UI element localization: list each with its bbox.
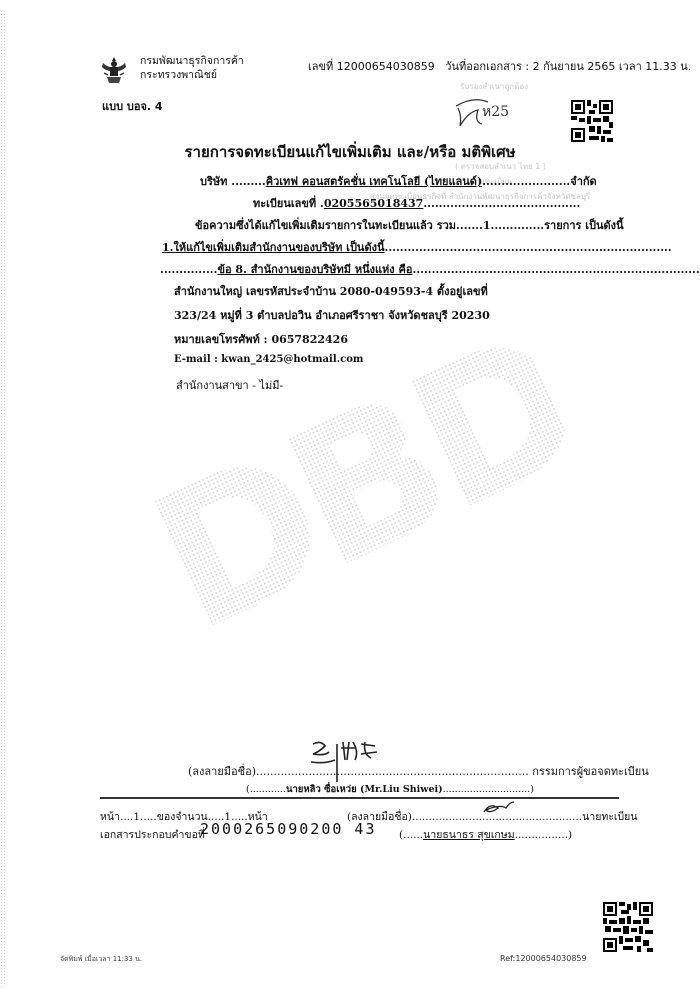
director-sign-line: (ลงลายมือชื่อ)..........................… (188, 762, 649, 780)
company-line: บริษัท .........คิวเทฟ คอนสตรัคชั่น เทคโ… (200, 172, 597, 190)
email-line: E-mail : kwan_2425@hotmail.com (174, 354, 363, 365)
email-label: E-mail : (174, 354, 218, 365)
email-value: kwan_2425@hotmail.com (221, 354, 363, 365)
company-label: บริษัท (200, 175, 227, 188)
director-sign-label: (ลงลายมือชื่อ) (188, 765, 256, 778)
director-name: นายหลิว ซื่อเหว่ย (Mr.Liu Shiwei) (286, 784, 443, 795)
amendment-item-1-text: 1.ให้แก้ไขเพิ่มเติมสำนักงานของบริษัท เป็… (162, 241, 384, 254)
company-suffix: จำกัด (570, 175, 596, 188)
qr-code-top-icon (569, 100, 615, 142)
registrar-sign-line: (ลงลายมือชื่อ)..........................… (347, 808, 638, 825)
time-value: 11.33 น. (645, 60, 691, 73)
office-address: 323/24 หมู่ที่ 3 ตำบลบ่อวิน อำเภอศรีราชา… (174, 306, 490, 324)
registration-label: ทะเบียนเลขที่ (253, 197, 316, 210)
phone-label: หมายเลขโทรศัพท์ : (174, 333, 268, 346)
reference-number: Ref:12000654030859 (500, 954, 587, 963)
branch-office: สำนักงานสาขา - ไม่มี- (176, 376, 283, 394)
form-code: แบบ บอจ. 4 (102, 97, 163, 115)
registrar-name-line: (......นายธนาธร สุขเกษม................) (399, 826, 572, 843)
company-name: คิวเทฟ คอนสตรัคชั่น เทคโนโลยี (ไทยแลนด์) (266, 175, 482, 188)
issue-date: 2 กันยายน 2565 (533, 60, 616, 73)
registrar-name: นายธนาธร สุขเกษม (423, 829, 514, 841)
department-name: กรมพัฒนาธุรกิจการค้า กระทรวงพาณิชย์ (140, 54, 244, 82)
amendment-intro-prefix: ข้อความซึ่งได้แก้ไขเพิ่มเติมรายการในทะเบ… (195, 219, 456, 232)
time-label: เวลา (619, 60, 642, 73)
amendment-intro: ข้อความซึ่งได้แก้ไขเพิ่มเติมรายการในทะเบ… (195, 216, 624, 234)
issue-date-label: วันที่ออกเอกสาร : (445, 60, 529, 73)
amendment-clause: ...............ข้อ 8. สำนักงานของบริษัทม… (160, 260, 700, 278)
divider-line (100, 797, 619, 799)
attachment-line: เอกสารประกอบคำขอที่ (100, 826, 205, 843)
printed-at: จัดพิมพ์ เมื่อเวลา 11:33 น. (60, 954, 142, 965)
department-line1: กรมพัฒนาธุรกิจการค้า (140, 54, 244, 68)
amendment-count: 1 (483, 219, 491, 232)
phone-line: หมายเลขโทรศัพท์ : 0657822426 (174, 330, 348, 348)
certification-signature: ห25 (448, 92, 518, 132)
director-name-line: (............นายหลิว ซื่อเหว่ย (Mr.Liu S… (246, 782, 534, 797)
page-label: หน้า (100, 811, 120, 823)
attachment-label: เอกสารประกอบคำขอที่ (100, 829, 205, 841)
doc-number: 12000654030859 (337, 60, 435, 73)
document-meta: เลขที่ 12000654030859 วันที่ออกเอกสาร : … (308, 57, 691, 75)
department-line2: กระทรวงพาณิชย์ (140, 68, 244, 82)
amendment-clause-text: ข้อ 8. สำนักงานของบริษัทมี หนึ่งแห่ง คือ (217, 263, 412, 276)
head-office: สำนักงานใหญ่ เลขรหัสประจำบ้าน 2080-04959… (174, 282, 488, 300)
phone-number: 0657822426 (271, 333, 348, 346)
director-role: กรรมการผู้ขอจดทะเบียน (532, 765, 649, 778)
garuda-emblem-icon (101, 55, 127, 85)
registrar-role: นายทะเบียน (582, 811, 637, 823)
doc-number-label: เลขที่ (308, 60, 333, 73)
registration-line: ทะเบียนเลขที่ .0205565018437............… (253, 194, 580, 212)
attachment-number: 2000265090200 43 (200, 820, 377, 838)
document-title: รายการจดทะเบียนแก้ไขเพิ่มเติม และ/หรือ ม… (0, 140, 700, 164)
registration-number: 0205565018437 (324, 197, 424, 210)
amendment-intro-suffix: รายการ เป็นดังนี้ (544, 219, 623, 232)
amendment-item-1: 1.ให้แก้ไขเพิ่มเติมสำนักงานของบริษัท เป็… (162, 238, 672, 256)
svg-text:ห25: ห25 (482, 104, 509, 120)
qr-code-bottom-icon (600, 902, 656, 952)
